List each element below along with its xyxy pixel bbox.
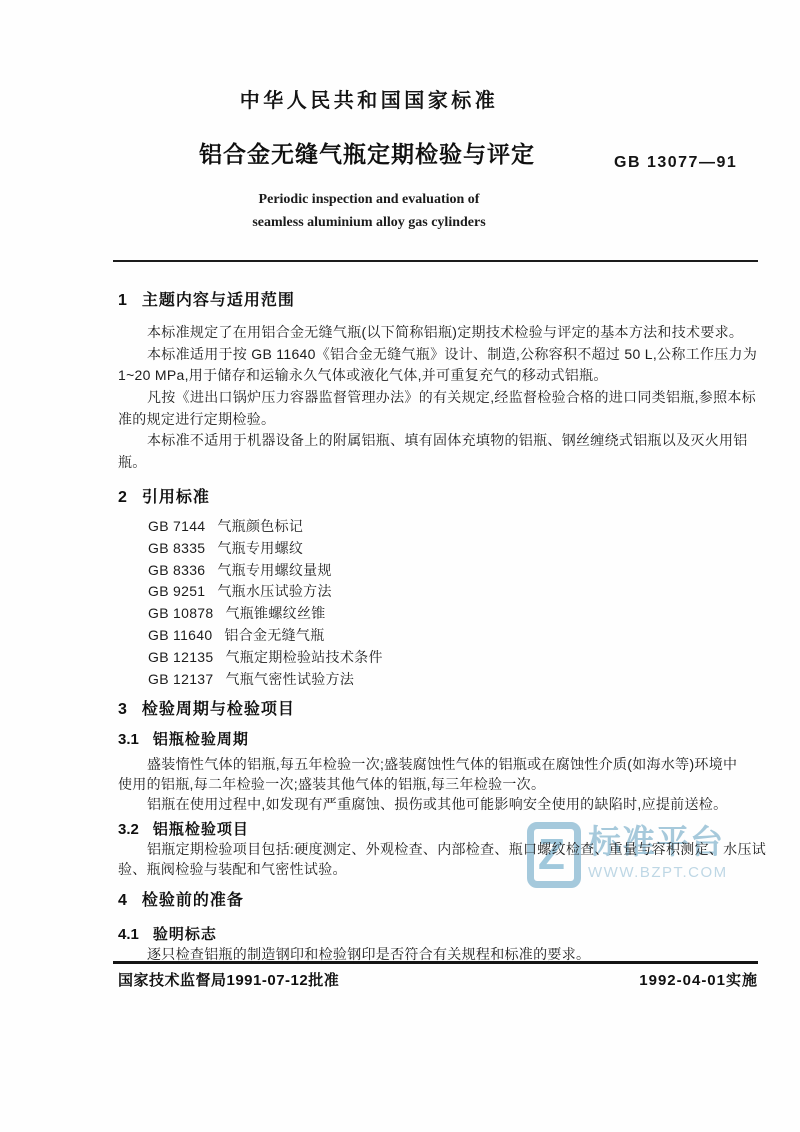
reference-code: GB 11640: [148, 625, 212, 645]
heading-text: 验明标志: [153, 926, 217, 943]
heading-number: 4: [118, 890, 127, 912]
body-text-line: 准的规定进行定期检验。: [118, 409, 275, 429]
reference-title: 气瓶专用螺纹量规: [217, 562, 331, 578]
section-heading-4: 4检验前的准备: [118, 890, 244, 912]
heading-text: 检验周期与检验项目: [142, 701, 295, 718]
reference-title: 气瓶气密性试验方法: [225, 671, 354, 687]
body-text-line: 铝瓶定期检验项目包括:硬度测定、外观检查、内部检查、瓶口螺纹检查、重量与容积测定…: [118, 839, 766, 859]
reference-code: GB 7144: [148, 516, 205, 536]
reference-item: GB 12135气瓶定期检验站技术条件: [118, 647, 383, 667]
reference-title: 气瓶水压试验方法: [217, 583, 331, 599]
body-text-line: 凡按《进出口锅炉压力容器监督管理办法》的有关规定,经监督检验合格的进口同类铝瓶,…: [118, 387, 756, 407]
reference-code: GB 8335: [148, 538, 205, 558]
heading-text: 引用标准: [142, 489, 210, 506]
subsection-heading-3.1: 3.1铝瓶检验周期: [118, 729, 249, 750]
document-page: 中华人民共和国国家标准 铝合金无缝气瓶定期检验与评定 GB 13077—91 P…: [0, 0, 800, 1132]
heading-number: 4.1: [118, 924, 139, 945]
heading-text: 检验前的准备: [142, 892, 244, 909]
reference-code: GB 9251: [148, 581, 205, 601]
reference-title: 气瓶颜色标记: [217, 518, 303, 534]
reference-item: GB 12137气瓶气密性试验方法: [118, 669, 354, 689]
body-text-line: 铝瓶在使用过程中,如发现有严重腐蚀、损伤或其他可能影响安全使用的缺陷时,应提前送…: [118, 794, 727, 814]
reference-code: GB 12135: [148, 647, 213, 667]
subsection-heading-3.2: 3.2铝瓶检验项目: [118, 819, 249, 840]
reference-code: GB 8336: [148, 560, 205, 580]
body-text-line: 瓶。: [118, 452, 147, 472]
body-text-line: 1~20 MPa,用于储存和运输永久气体或液化气体,并可重复充气的移动式铝瓶。: [118, 365, 608, 385]
reference-item: GB 8335气瓶专用螺纹: [118, 538, 303, 558]
heading-text: 铝瓶检验项目: [153, 821, 249, 838]
body-text-line: 本标准适用于按 GB 11640《铝合金无缝气瓶》设计、制造,公称容积不超过 5…: [118, 344, 757, 364]
heading-number: 3.1: [118, 729, 139, 750]
heading-text: 铝瓶检验周期: [153, 731, 249, 748]
reference-item: GB 10878气瓶锥螺纹丝锥: [118, 603, 326, 623]
reference-code: GB 10878: [148, 603, 213, 623]
body-text-line: 逐只检查铝瓶的制造钢印和检验钢印是否符合有关规程和标准的要求。: [118, 944, 590, 964]
section-heading-3: 3检验周期与检验项目: [118, 699, 295, 721]
heading-number: 3: [118, 699, 127, 721]
body-text-line: 验、瓶阀检验与装配和气密性试验。: [118, 859, 347, 879]
body-text-line: 本标准规定了在用铝合金无缝气瓶(以下简称铝瓶)定期技术检验与评定的基本方法和技术…: [118, 322, 743, 342]
body-text-line: 使用的铝瓶,每二年检验一次;盛装其他气体的铝瓶,每三年检验一次。: [118, 774, 545, 794]
reference-title: 气瓶专用螺纹: [217, 540, 303, 556]
reference-item: GB 9251气瓶水压试验方法: [118, 581, 332, 601]
reference-title: 气瓶定期检验站技术条件: [225, 649, 382, 665]
heading-text: 主题内容与适用范围: [142, 292, 295, 309]
body-text-line: 盛装惰性气体的铝瓶,每五年检验一次;盛装腐蚀性气体的铝瓶或在腐蚀性介质(如海水等…: [118, 754, 737, 774]
section-heading-2: 2引用标准: [118, 487, 210, 509]
reference-title: 气瓶锥螺纹丝锥: [225, 605, 325, 621]
heading-number: 1: [118, 290, 127, 312]
document-body: 1主题内容与适用范围本标准规定了在用铝合金无缝气瓶(以下简称铝瓶)定期技术检验与…: [118, 0, 778, 1000]
heading-number: 3.2: [118, 819, 139, 840]
reference-item: GB 11640铝合金无缝气瓶: [118, 625, 325, 645]
section-heading-1: 1主题内容与适用范围: [118, 290, 295, 312]
body-text-line: 本标准不适用于机器设备上的附属铝瓶、填有固体充填物的铝瓶、钢丝缠绕式铝瓶以及灭火…: [118, 430, 748, 450]
subsection-heading-4.1: 4.1验明标志: [118, 924, 217, 945]
heading-number: 2: [118, 487, 127, 509]
reference-item: GB 8336气瓶专用螺纹量规: [118, 560, 332, 580]
reference-item: GB 7144气瓶颜色标记: [118, 516, 303, 536]
reference-title: 铝合金无缝气瓶: [224, 627, 324, 643]
reference-code: GB 12137: [148, 669, 213, 689]
